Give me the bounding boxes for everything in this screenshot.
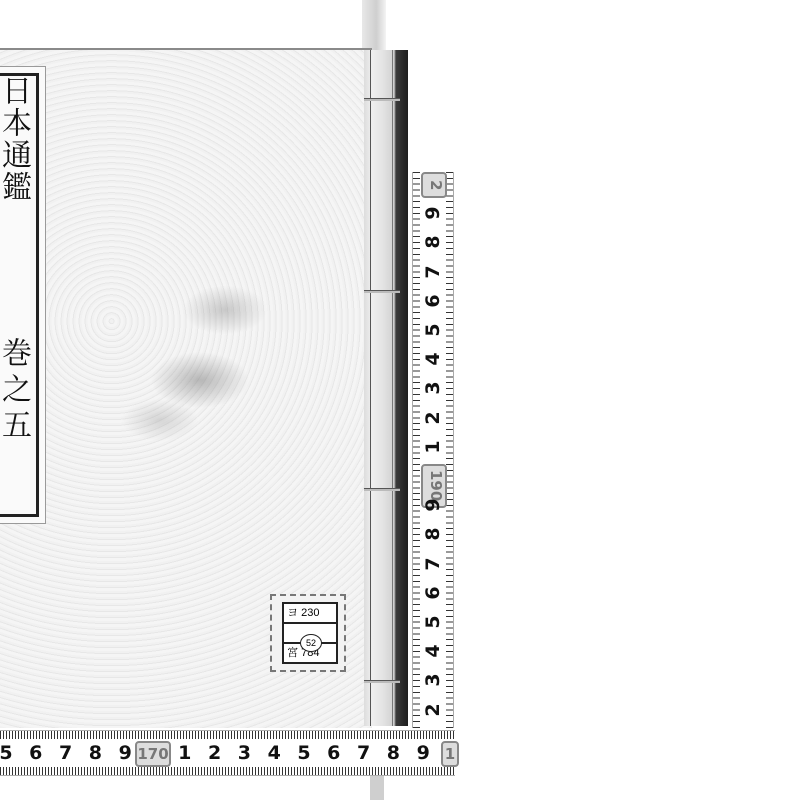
ruler-number: 8 xyxy=(383,743,403,763)
label-stamp: 52 xyxy=(300,634,322,652)
binding-stitch xyxy=(364,488,400,491)
ruler-number: 1 xyxy=(423,437,443,457)
book-title: 日本通鑑 xyxy=(0,75,35,203)
ruler-number: 9 xyxy=(423,203,443,223)
ruler-number: 5 xyxy=(0,743,16,763)
ruler-number: 7 xyxy=(423,262,443,282)
ruler-number: 8 xyxy=(423,232,443,252)
binding-stitch xyxy=(364,98,400,101)
ruler-badge: 2 xyxy=(421,172,447,198)
ruler-number: 3 xyxy=(234,743,254,763)
ruler-number: 6 xyxy=(26,743,46,763)
ruler-number: 4 xyxy=(423,641,443,661)
ruler-number: 2 xyxy=(423,408,443,428)
ruler-number: 6 xyxy=(423,291,443,311)
ruler-number: 5 xyxy=(423,612,443,632)
ruler-number: 4 xyxy=(423,349,443,369)
ruler-number: 5 xyxy=(423,320,443,340)
ruler-number: 8 xyxy=(85,743,105,763)
label-call-number: ヨ 230 xyxy=(284,604,336,624)
ruler-number: 7 xyxy=(56,743,76,763)
ruler-number: 3 xyxy=(423,670,443,690)
ruler-number: 8 xyxy=(423,524,443,544)
book-volume: 巻之五 xyxy=(0,337,35,445)
horizontal-ruler: 567891701234567891 xyxy=(0,730,455,776)
ruler-number: 7 xyxy=(354,743,374,763)
ruler-number: 1 xyxy=(175,743,195,763)
binding-stitch xyxy=(364,290,400,293)
binding-stitch xyxy=(364,680,400,683)
ruler-number: 6 xyxy=(423,583,443,603)
ruler-number: 9 xyxy=(115,743,135,763)
spine-edge xyxy=(392,50,393,726)
vertical-ruler: 298765432119098765432 xyxy=(412,172,454,728)
ruler-number: 9 xyxy=(413,743,433,763)
book-spine xyxy=(364,50,408,726)
ruler-number: 2 xyxy=(423,700,443,720)
ruler-number: 5 xyxy=(294,743,314,763)
label-box: ヨ 230 宮 784 52 xyxy=(282,602,338,664)
spine-edge xyxy=(370,50,371,726)
ruler-number: 4 xyxy=(264,743,284,763)
ruler-number: 7 xyxy=(423,554,443,574)
title-slip: 日本通鑑 巻之五 xyxy=(0,66,46,524)
ruler-number: 9 xyxy=(423,495,443,515)
ruler-badge: 170 xyxy=(135,741,171,767)
ruler-number: 2 xyxy=(205,743,225,763)
ruler-number: 3 xyxy=(423,378,443,398)
library-label: ヨ 230 宮 784 52 xyxy=(270,594,346,672)
ruler-badge: 1 xyxy=(441,741,459,767)
ruler-number: 6 xyxy=(324,743,344,763)
